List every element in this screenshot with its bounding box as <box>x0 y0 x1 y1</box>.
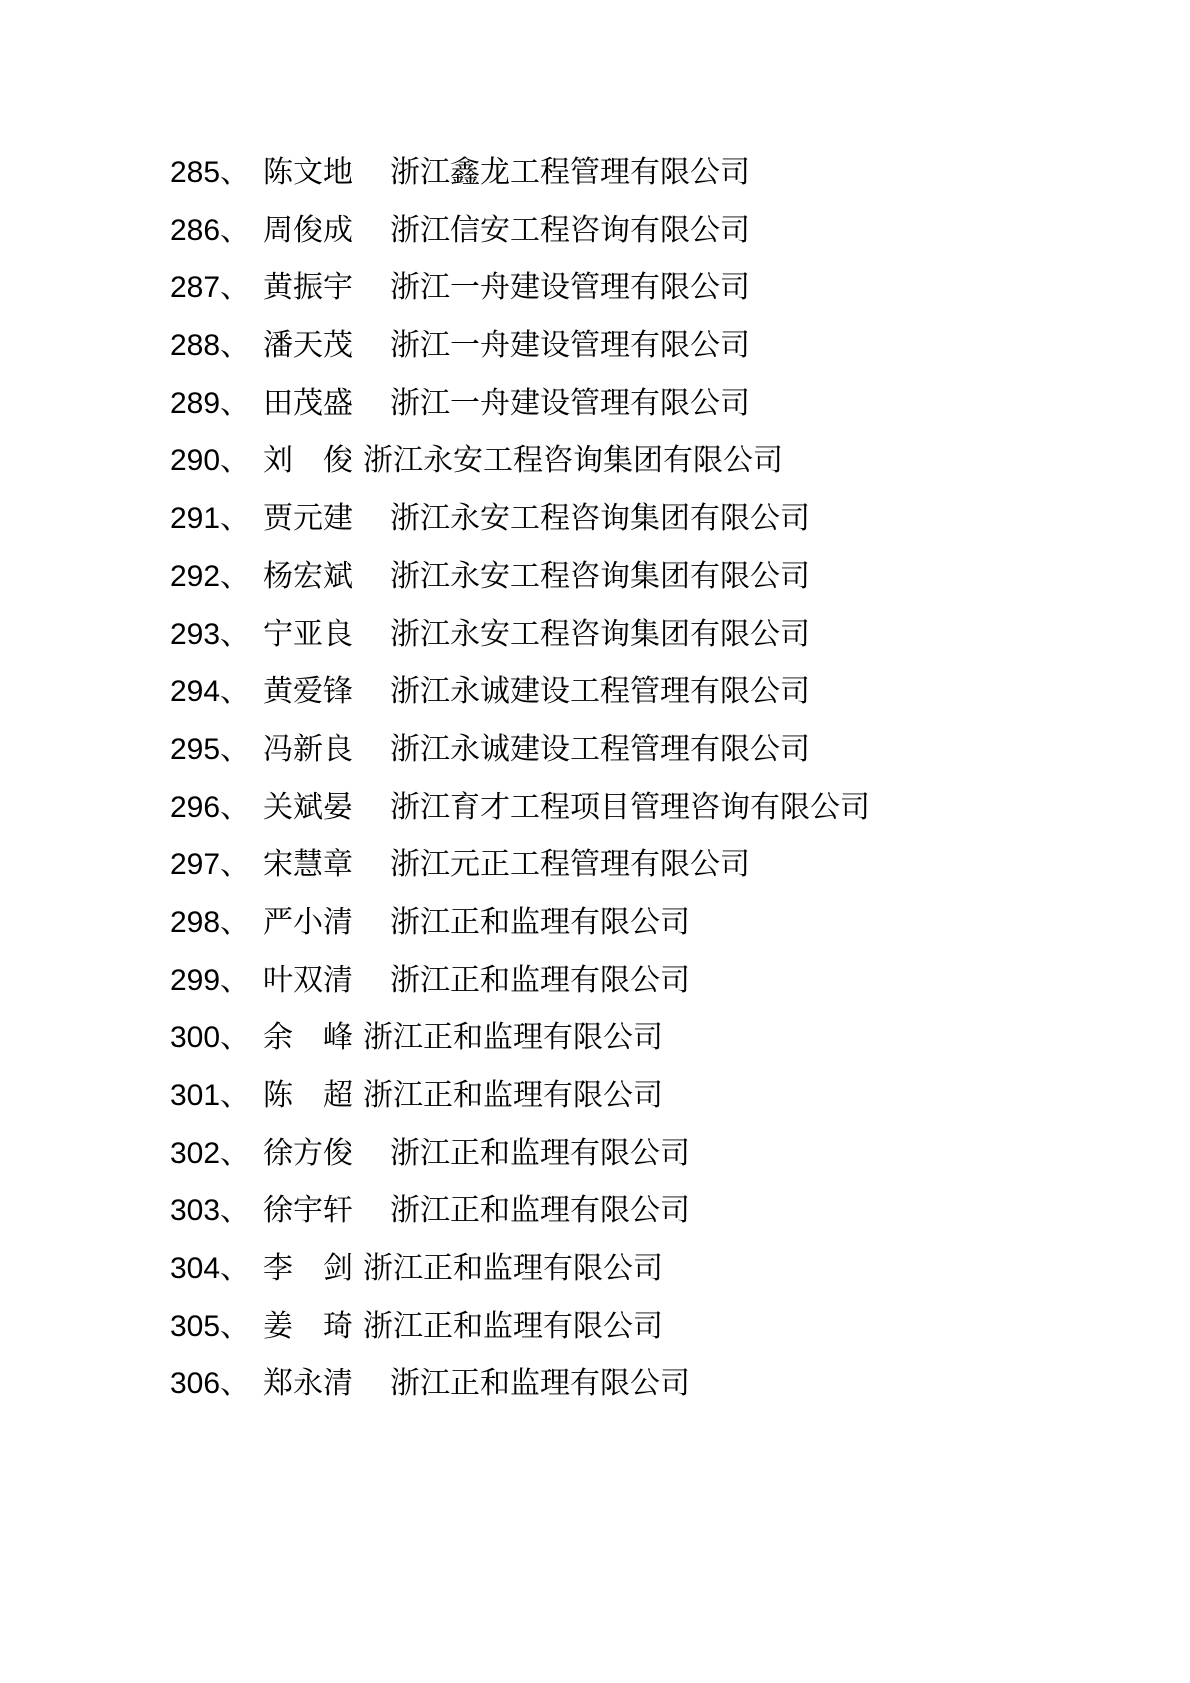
entry-number: 302、 <box>170 1125 263 1183</box>
entry-number: 288、 <box>170 317 263 375</box>
entry-name: 徐宇轩 <box>263 1182 390 1240</box>
entry-company: 浙江正和监理有限公司 <box>390 1182 690 1240</box>
entry-number: 294、 <box>170 663 263 721</box>
roster-list: 285、 陈文地 浙江鑫龙工程管理有限公司 286、 周俊成 浙江信安工程咨询有… <box>170 144 1150 1413</box>
entry-name: 周俊成 <box>263 202 390 260</box>
entry-name: 陈文地 <box>263 144 390 202</box>
list-item: 291、 贾元建 浙江永安工程咨询集团有限公司 <box>170 490 1150 548</box>
list-item: 287、 黄振宇 浙江一舟建设管理有限公司 <box>170 259 1150 317</box>
entry-number: 295、 <box>170 721 263 779</box>
entry-number: 296、 <box>170 779 263 837</box>
entry-number: 289、 <box>170 375 263 433</box>
list-item: 289、 田茂盛 浙江一舟建设管理有限公司 <box>170 375 1150 433</box>
entry-name: 叶双清 <box>263 952 390 1010</box>
entry-number: 299、 <box>170 952 263 1010</box>
entry-company: 浙江信安工程咨询有限公司 <box>390 202 750 260</box>
entry-company: 浙江正和监理有限公司 <box>390 952 690 1010</box>
entry-name: 冯新良 <box>263 721 390 779</box>
list-item: 304、 李 剑 浙江正和监理有限公司 <box>170 1240 1150 1298</box>
entry-company: 浙江正和监理有限公司 <box>363 1067 663 1125</box>
list-item: 297、 宋慧章 浙江元正工程管理有限公司 <box>170 836 1150 894</box>
entry-company: 浙江育才工程项目管理咨询有限公司 <box>390 779 870 837</box>
entry-name: 宁亚良 <box>263 606 390 664</box>
entry-name: 宋慧章 <box>263 836 390 894</box>
entry-company: 浙江正和监理有限公司 <box>390 894 690 952</box>
entry-name: 徐方俊 <box>263 1125 390 1183</box>
entry-name: 潘天茂 <box>263 317 390 375</box>
list-item: 299、 叶双清 浙江正和监理有限公司 <box>170 952 1150 1010</box>
list-item: 305、 姜 琦 浙江正和监理有限公司 <box>170 1298 1150 1356</box>
entry-company: 浙江永安工程咨询集团有限公司 <box>390 606 810 664</box>
list-item: 301、 陈 超 浙江正和监理有限公司 <box>170 1067 1150 1125</box>
entry-name: 严小清 <box>263 894 390 952</box>
entry-company: 浙江正和监理有限公司 <box>363 1009 663 1067</box>
entry-name: 贾元建 <box>263 490 390 548</box>
entry-number: 293、 <box>170 606 263 664</box>
entry-number: 305、 <box>170 1298 263 1356</box>
list-item: 292、 杨宏斌 浙江永安工程咨询集团有限公司 <box>170 548 1150 606</box>
list-item: 302、 徐方俊 浙江正和监理有限公司 <box>170 1125 1150 1183</box>
list-item: 296、 关斌晏 浙江育才工程项目管理咨询有限公司 <box>170 779 1150 837</box>
entry-company: 浙江正和监理有限公司 <box>390 1355 690 1413</box>
list-item: 290、 刘 俊 浙江永安工程咨询集团有限公司 <box>170 432 1150 490</box>
document-page: 285、 陈文地 浙江鑫龙工程管理有限公司 286、 周俊成 浙江信安工程咨询有… <box>0 0 1190 1683</box>
entry-name: 关斌晏 <box>263 779 390 837</box>
entry-number: 306、 <box>170 1355 263 1413</box>
entry-name: 刘 俊 <box>263 432 353 490</box>
list-item: 288、 潘天茂 浙江一舟建设管理有限公司 <box>170 317 1150 375</box>
entry-number: 300、 <box>170 1009 263 1067</box>
entry-number: 304、 <box>170 1240 263 1298</box>
entry-company: 浙江永诚建设工程管理有限公司 <box>390 663 810 721</box>
entry-name: 杨宏斌 <box>263 548 390 606</box>
entry-number: 292、 <box>170 548 263 606</box>
entry-name: 李 剑 <box>263 1240 353 1298</box>
list-item: 295、 冯新良 浙江永诚建设工程管理有限公司 <box>170 721 1150 779</box>
entry-number: 290、 <box>170 432 263 490</box>
entry-name: 黄爱锋 <box>263 663 390 721</box>
entry-company: 浙江元正工程管理有限公司 <box>390 836 750 894</box>
entry-company: 浙江永安工程咨询集团有限公司 <box>390 490 810 548</box>
list-item: 306、 郑永清 浙江正和监理有限公司 <box>170 1355 1150 1413</box>
entry-name: 姜 琦 <box>263 1298 353 1356</box>
entry-number: 287、 <box>170 259 263 317</box>
entry-number: 291、 <box>170 490 263 548</box>
list-item: 293、 宁亚良 浙江永安工程咨询集团有限公司 <box>170 606 1150 664</box>
entry-company: 浙江一舟建设管理有限公司 <box>390 317 750 375</box>
entry-number: 301、 <box>170 1067 263 1125</box>
list-item: 300、 余 峰 浙江正和监理有限公司 <box>170 1009 1150 1067</box>
list-item: 286、 周俊成 浙江信安工程咨询有限公司 <box>170 202 1150 260</box>
list-item: 294、 黄爱锋 浙江永诚建设工程管理有限公司 <box>170 663 1150 721</box>
entry-name: 陈 超 <box>263 1067 353 1125</box>
entry-number: 297、 <box>170 836 263 894</box>
entry-company: 浙江正和监理有限公司 <box>363 1298 663 1356</box>
entry-number: 303、 <box>170 1182 263 1240</box>
entry-company: 浙江鑫龙工程管理有限公司 <box>390 144 750 202</box>
entry-company: 浙江永安工程咨询集团有限公司 <box>390 548 810 606</box>
entry-number: 286、 <box>170 202 263 260</box>
entry-company: 浙江一舟建设管理有限公司 <box>390 375 750 433</box>
entry-company: 浙江正和监理有限公司 <box>363 1240 663 1298</box>
entry-number: 285、 <box>170 144 263 202</box>
list-item: 303、 徐宇轩 浙江正和监理有限公司 <box>170 1182 1150 1240</box>
entry-name: 田茂盛 <box>263 375 390 433</box>
entry-company: 浙江永安工程咨询集团有限公司 <box>363 432 783 490</box>
entry-name: 黄振宇 <box>263 259 390 317</box>
entry-name: 郑永清 <box>263 1355 390 1413</box>
list-item: 298、 严小清 浙江正和监理有限公司 <box>170 894 1150 952</box>
entry-company: 浙江永诚建设工程管理有限公司 <box>390 721 810 779</box>
entry-name: 余 峰 <box>263 1009 353 1067</box>
list-item: 285、 陈文地 浙江鑫龙工程管理有限公司 <box>170 144 1150 202</box>
entry-company: 浙江一舟建设管理有限公司 <box>390 259 750 317</box>
entry-company: 浙江正和监理有限公司 <box>390 1125 690 1183</box>
entry-number: 298、 <box>170 894 263 952</box>
